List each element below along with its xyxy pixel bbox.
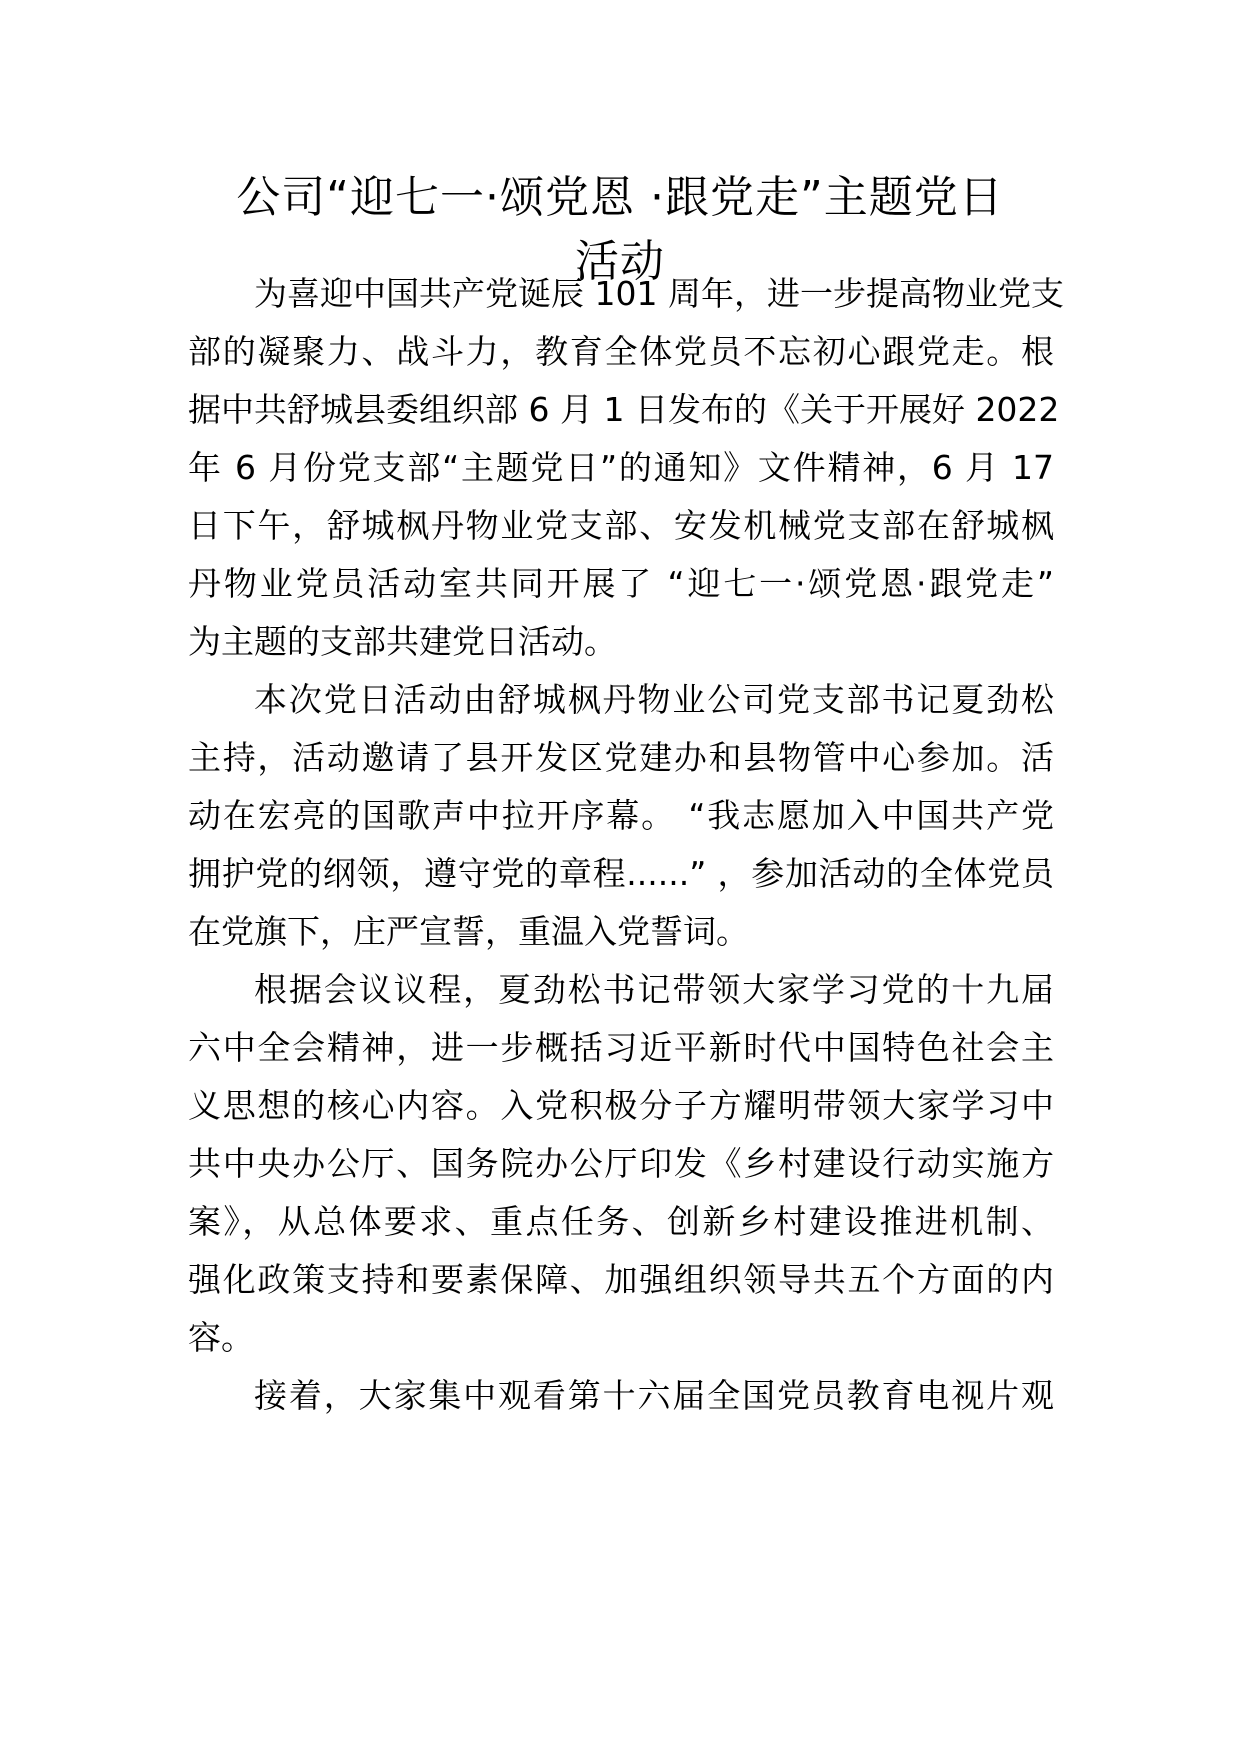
paragraph-line: 强化政策支持和要素保障、加强组织领导共五个方面的内 [188,1258,1054,1302]
paragraph-line: 为喜迎中国共产党诞辰 101 周年，进一步提高物业党支 [254,272,1054,316]
paragraph-line: 根据会议议程，夏劲松书记带领大家学习党的十九届 [254,968,1054,1012]
paragraph-line: 主持，活动邀请了县开发区党建办和县物管中心参加。活 [188,736,1054,780]
paragraph-line: 日下午，舒城枫丹物业党支部、安发机械党支部在舒城枫 [188,504,1054,548]
paragraph-line: 年 6 月份党支部“主题党日”的通知》文件精神，6 月 17 [188,446,1054,490]
paragraph-line: 据中共舒城县委组织部 6 月 1 日发布的《关于开展好 2022 [188,388,1054,432]
paragraph-line: 为主题的支部共建党日活动。 [188,620,1054,664]
paragraph-line: 六中全会精神，进一步概括习近平新时代中国特色社会主 [188,1026,1054,1070]
paragraph-line: 在党旗下，庄严宣誓，重温入党誓词。 [188,910,1054,954]
paragraph-line: 部的凝聚力、战斗力，教育全体党员不忘初心跟党走。根 [188,330,1054,374]
paragraph-line: 丹物业党员活动室共同开展了 “迎七一·颂党恩·跟党走” [188,562,1054,606]
paragraph-line: 义思想的核心内容。入党积极分子方耀明带领大家学习中 [188,1084,1054,1128]
paragraph-line: 接着，大家集中观看第十六届全国党员教育电视片观 [254,1374,1054,1418]
paragraph-line: 拥护党的纲领，遵守党的章程......” ，参加活动的全体党员 [188,852,1054,896]
paragraph-line: 容。 [188,1316,1054,1360]
paragraph-line: 共中央办公厅、国务院办公厅印发《乡村建设行动实施方 [188,1142,1054,1186]
paragraph-line: 案》，从总体要求、重点任务、创新乡村建设推进机制、 [188,1200,1054,1244]
document-page: 公司“迎七一·颂党恩 ·跟党走”主题党日 活动 为喜迎中国共产党诞辰 101 周… [0,0,1240,1754]
paragraph-line: 动在宏亮的国歌声中拉开序幕。 “我志愿加入中国共产党 [188,794,1054,838]
document-title-line-1: 公司“迎七一·颂党恩 ·跟党走”主题党日 [180,168,1060,228]
paragraph-line: 本次党日活动由舒城枫丹物业公司党支部书记夏劲松 [254,678,1054,722]
